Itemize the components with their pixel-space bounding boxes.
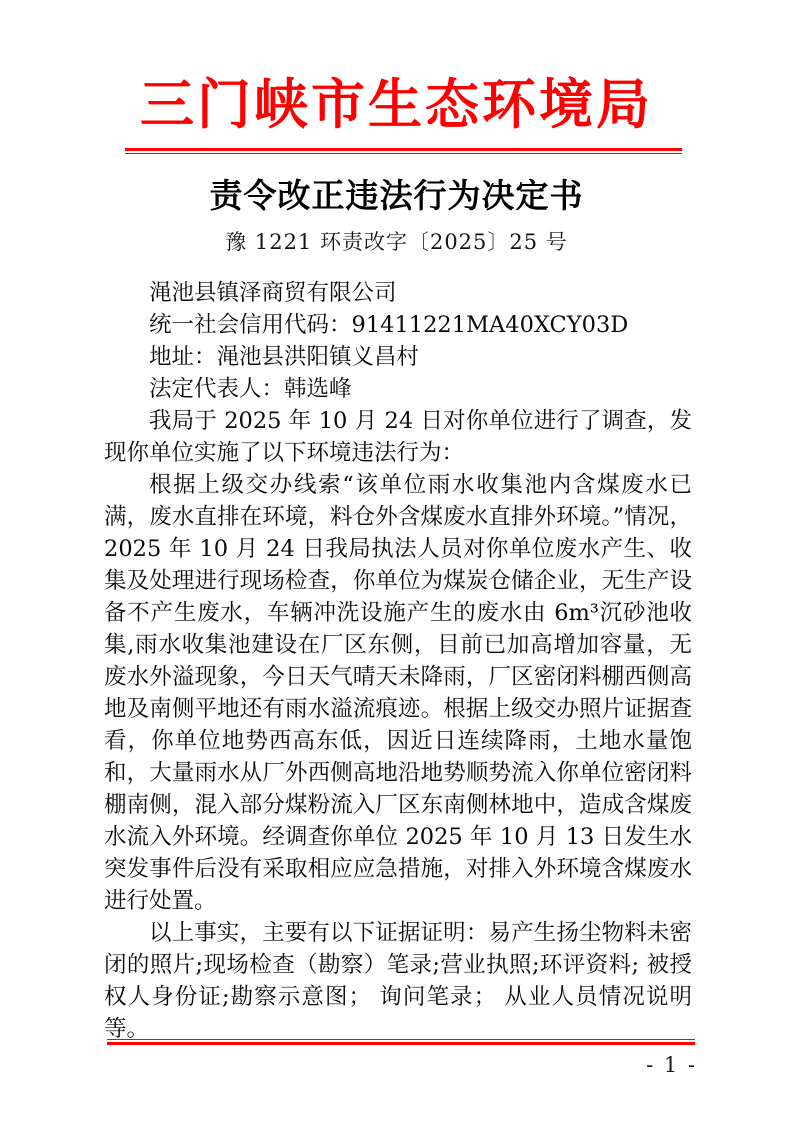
page-number: - 1 -: [646, 1053, 697, 1077]
paragraph-violation-findings: 根据上级交办线索“该单位雨水收集池内含煤废水已满，废水直排在环境，料仓外含煤废水…: [104, 469, 692, 917]
paragraph-legal-representative: 法定代表人：韩选峰: [104, 373, 692, 405]
document-page: 三门峡市生态环境局 责令改正违法行为决定书 豫 1221 环责改字〔2025〕2…: [0, 0, 793, 1122]
document-number: 豫 1221 环责改字〔2025〕25 号: [0, 226, 793, 256]
document-title: 责令改正违法行为决定书: [0, 170, 793, 217]
document-body: 渑池县镇泽商贸有限公司 统一社会信用代码：91411221MA40XCY03D …: [104, 277, 692, 1045]
header-divider: [125, 148, 682, 154]
footer-divider: [107, 1039, 695, 1045]
paragraph-credit-code: 统一社会信用代码：91411221MA40XCY03D: [104, 309, 692, 341]
paragraph-address: 地址：渑池县洪阳镇义昌村: [104, 341, 692, 373]
paragraph-evidence-list: 以上事实，主要有以下证据证明：易产生扬尘物料未密闭的照片;现场检查（勘察）笔录;…: [104, 917, 692, 1045]
paragraph-investigation-intro: 我局于 2025 年 10 月 24 日对你单位进行了调查，发现你单位实施了以下…: [104, 405, 692, 469]
paragraph-company-name: 渑池县镇泽商贸有限公司: [104, 277, 692, 309]
agency-name: 三门峡市生态环境局: [0, 62, 793, 139]
